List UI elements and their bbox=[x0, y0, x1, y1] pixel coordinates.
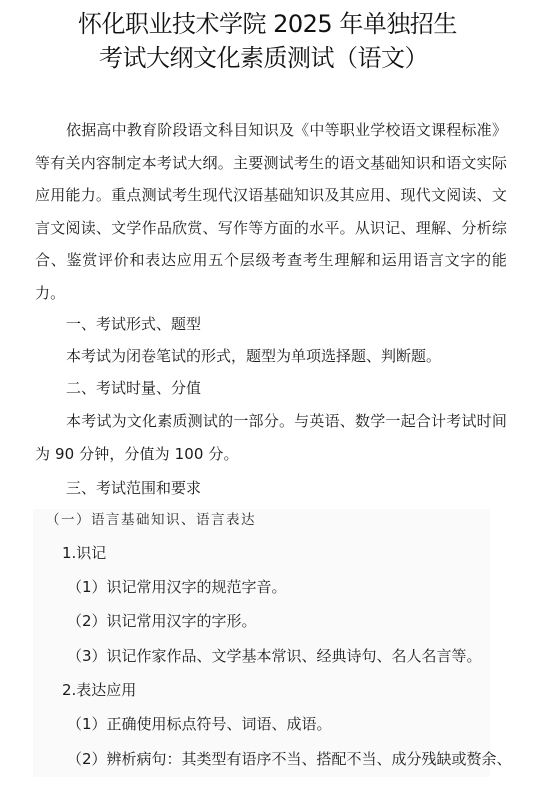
section-heading-exam-time: 二、考试时量、分值 bbox=[66, 378, 201, 398]
section-heading-exam-format: 一、考试形式、题型 bbox=[66, 314, 201, 334]
list-item: （2）辨析病句：其类型有语序不当、搭配不当、成分残缺或赘余、 bbox=[67, 749, 512, 769]
document-title-line-2: 考试大纲文化素质测试（语文） bbox=[99, 43, 428, 73]
list-item: （1）识记常用汉字的规范字音。 bbox=[67, 577, 287, 597]
subsection-heading: （一）语言基础知识、语言表达 bbox=[46, 510, 256, 530]
group-label-memorize: 1.识记 bbox=[62, 543, 106, 563]
list-item: （2）识记常用汉字的字形。 bbox=[67, 611, 257, 631]
list-item: （3）识记作家作品、文学基本常识、经典诗句、名人名言等。 bbox=[67, 646, 482, 666]
document-title-line-1: 怀化职业技术学院 2025 年单独招生 bbox=[78, 9, 457, 39]
list-item: （1）正确使用标点符号、词语、成语。 bbox=[67, 714, 332, 734]
section-heading-exam-scope: 三、考试范围和要求 bbox=[66, 478, 201, 498]
section-body-exam-format: 本考试为闭卷笔试的形式，题型为单项选择题、判断题。 bbox=[66, 346, 441, 366]
section-body-exam-time: 本考试为文化素质测试的一部分。与英语、数学一起合计考试时间为 90 分钟，分值为… bbox=[35, 405, 507, 470]
intro-paragraph: 依据高中教育阶段语文科目知识及《中等职业学校语文课程标准》等有关内容制定本考试大… bbox=[35, 114, 507, 309]
group-label-expression: 2.表达应用 bbox=[62, 680, 136, 700]
